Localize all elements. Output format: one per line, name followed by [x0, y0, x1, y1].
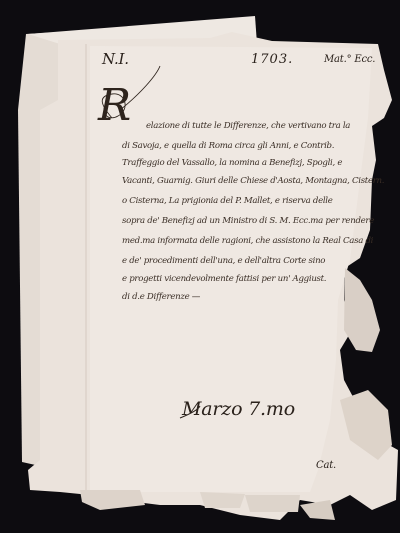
body-line: e de' procedimenti dell'una, e dell'altr… [122, 256, 325, 266]
bottom-tear [80, 490, 145, 510]
torn-fragment [344, 268, 380, 352]
body-line: sopra de' Benefizj ad un Ministro di S. … [122, 216, 374, 226]
corner-annotation: Mat.° Ecc. [324, 54, 375, 65]
body-line: Vacanti, Guarnig. Giuri delle Chiese d'A… [122, 176, 384, 186]
ornate-initial: R [98, 80, 131, 131]
document-year: 1703. [251, 52, 293, 67]
body-line: med.ma informata delle ragioni, che assi… [122, 236, 373, 246]
body-line: e progetti vicendevolmente fattisi per u… [122, 274, 326, 284]
body-line: di Savoja, e quella di Roma circa gli An… [122, 141, 334, 151]
document-photo: N.I. 1703. Mat.° Ecc. R elazione di tutt… [0, 0, 400, 533]
paper-sheet [0, 0, 400, 533]
body-line: elazione di tutte le Differenze, che ver… [146, 121, 350, 131]
body-line: di d.e Differenze — [122, 292, 200, 302]
bottom-tear [300, 500, 335, 520]
date-signature: Marzo 7.mo [182, 398, 295, 420]
reference-number: N.I. [102, 50, 129, 68]
body-line: o Cisterna, La prigionia del P. Mallet, … [122, 196, 333, 206]
bottom-tear [200, 492, 245, 508]
bottom-tear [245, 495, 300, 512]
body-line: Traffeggio del Vassallo, la nomina a Ben… [122, 158, 342, 168]
bottom-annotation: Cat. [316, 460, 336, 471]
